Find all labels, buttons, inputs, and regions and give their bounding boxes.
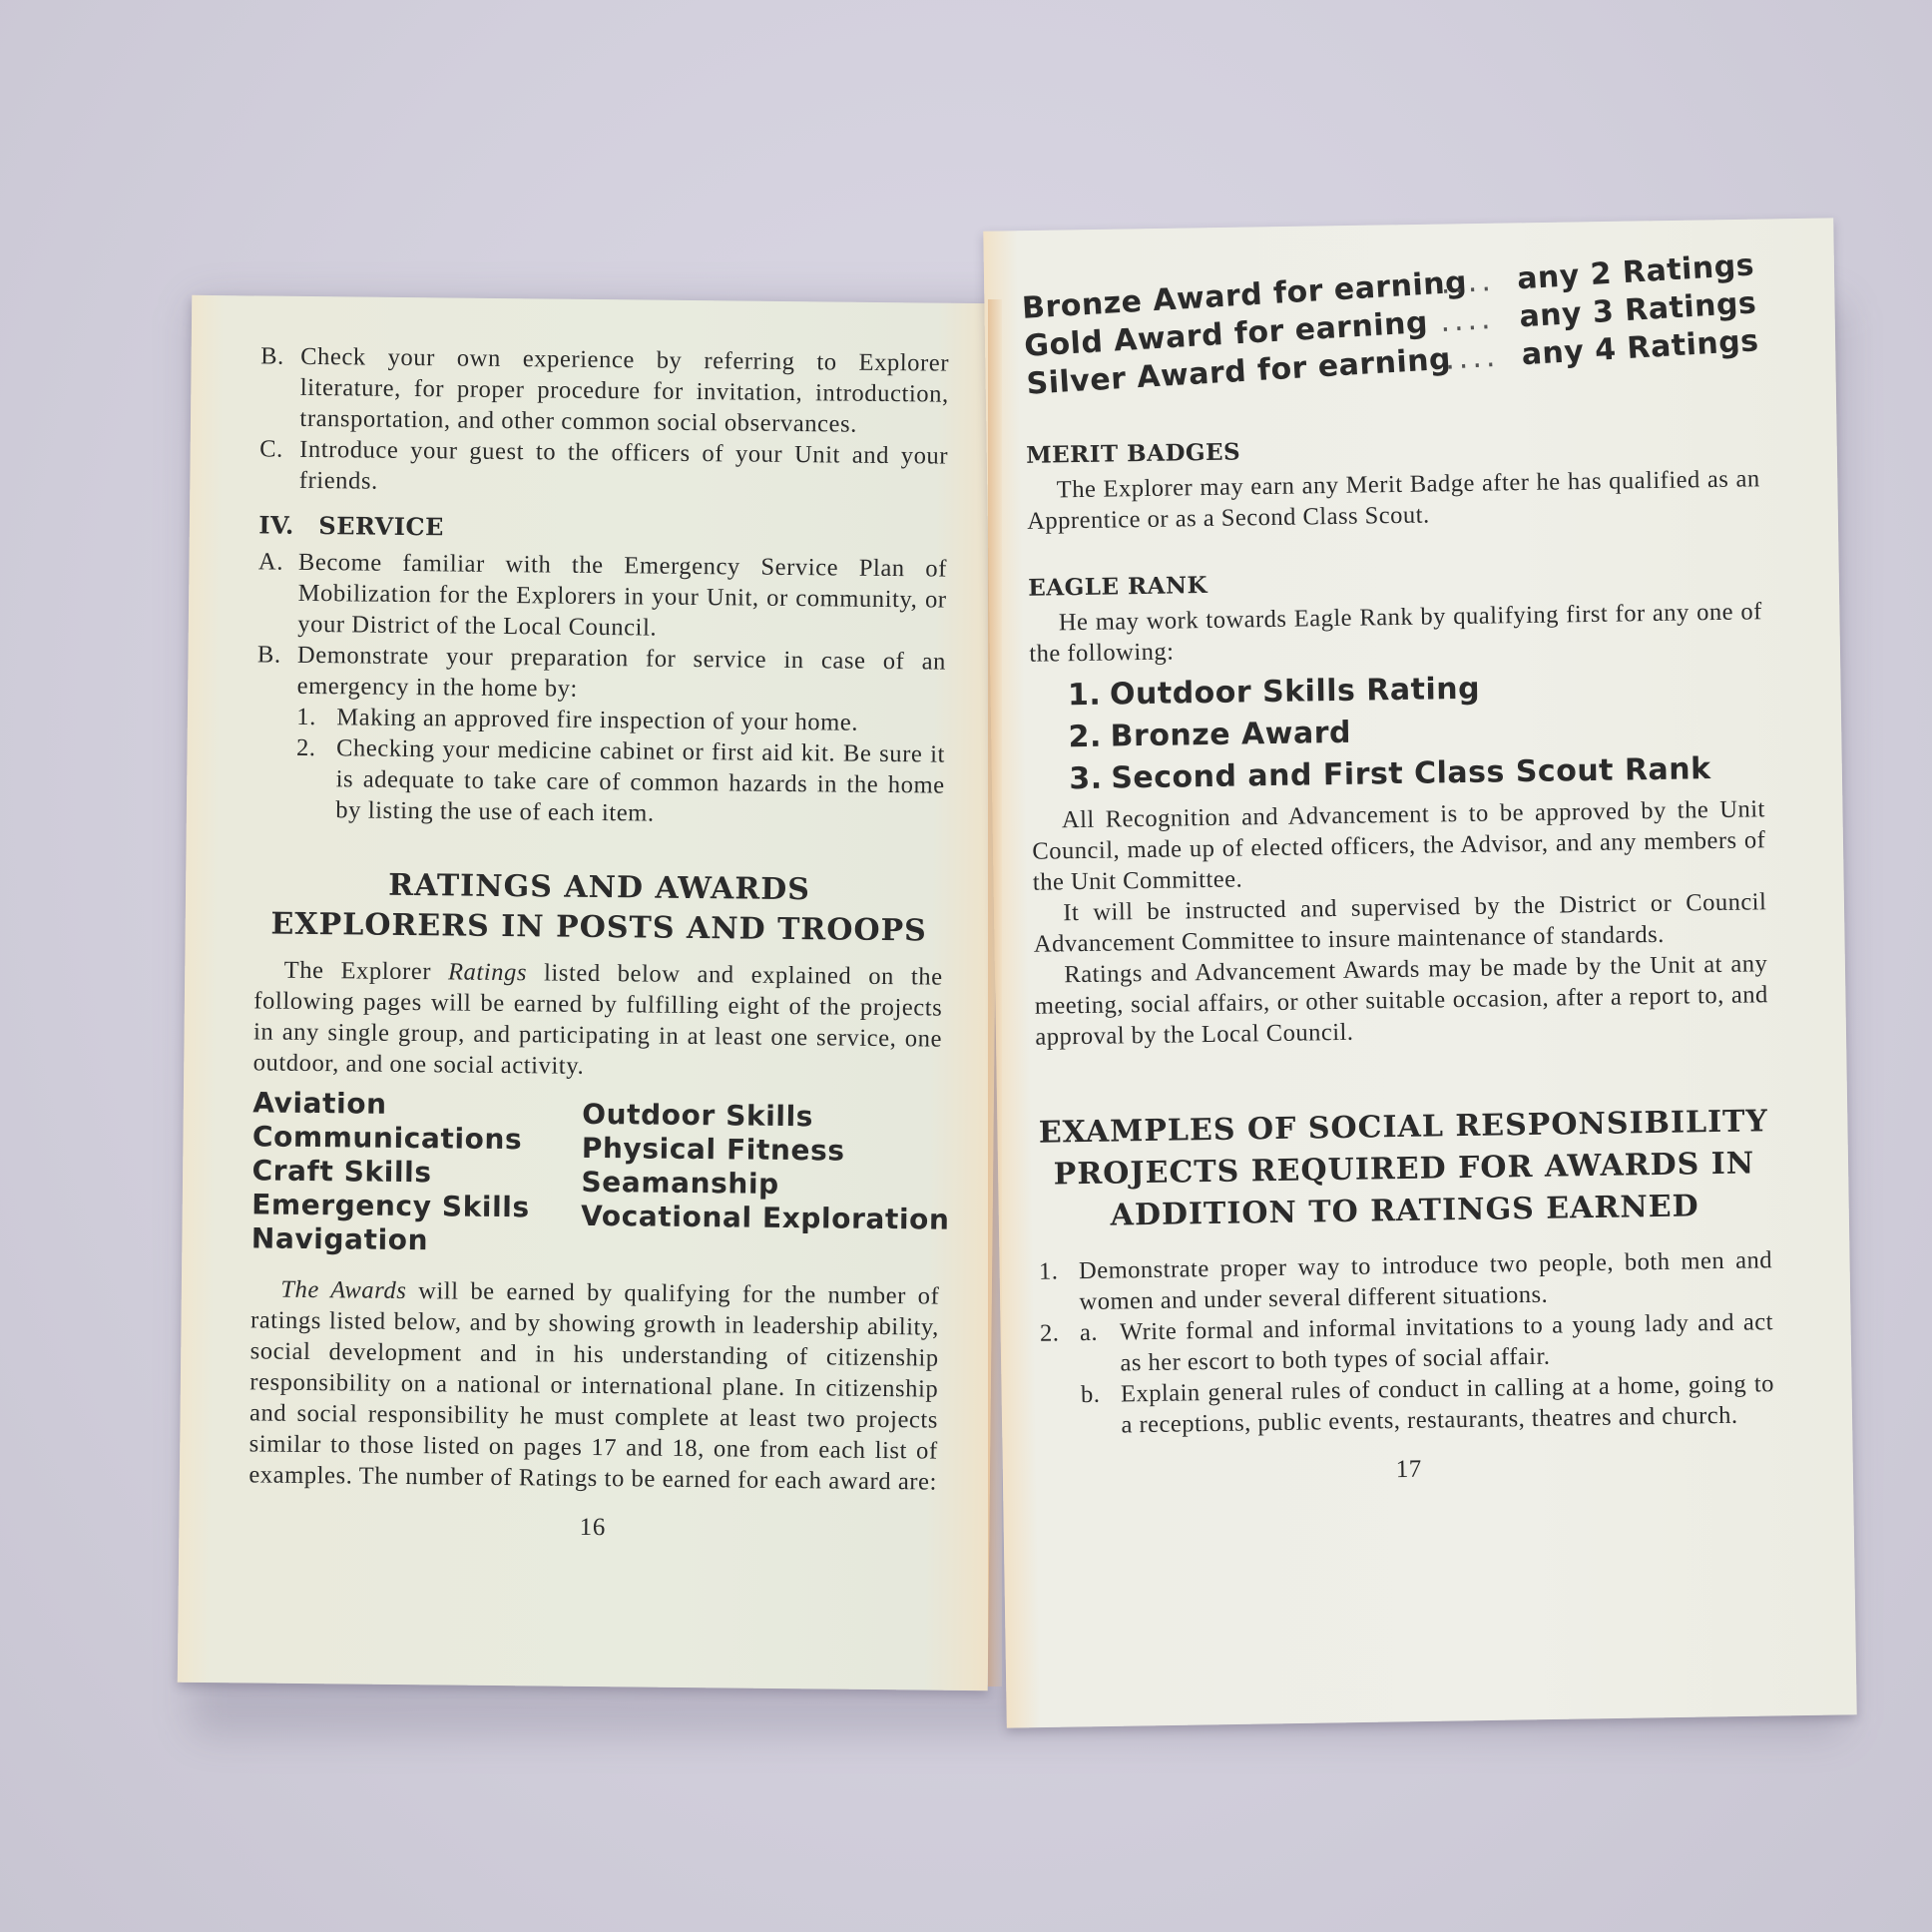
list-item: 2. a. Write formal and informal invitati… bbox=[1040, 1306, 1774, 1380]
rating-item: Physical Fitness bbox=[582, 1132, 941, 1170]
ratings-column-2: Outdoor SkillsPhysical FitnessSeamanship… bbox=[581, 1090, 942, 1263]
right-page-content: Bronze Award for earning....any 2 Rating… bbox=[1024, 278, 1776, 1490]
awards-ceremony-paragraph: Ratings and Advancement Awards may be ma… bbox=[1034, 948, 1768, 1053]
book-gutter bbox=[988, 299, 1002, 1687]
leader-dots: .... bbox=[1444, 336, 1523, 378]
list-item: 1. Demonstrate proper way to introduce t… bbox=[1039, 1244, 1773, 1318]
list-item: B. Demonstrate your preparation for serv… bbox=[257, 639, 947, 708]
section-heading: IV.SERVICE bbox=[258, 509, 947, 547]
rating-item: Seamanship bbox=[581, 1166, 940, 1204]
rating-item: Emergency Skills bbox=[251, 1188, 581, 1224]
social-responsibility-title: EXAMPLES OF SOCIAL RESPONSIBILITY PROJEC… bbox=[1037, 1101, 1772, 1238]
eagle-rank-text: He may work towards Eagle Rank by qualif… bbox=[1029, 596, 1763, 670]
rating-item: Outdoor Skills bbox=[582, 1098, 941, 1136]
rating-item: Navigation bbox=[251, 1221, 581, 1258]
list-item: A. Become familiar with the Emergency Se… bbox=[257, 546, 947, 646]
recognition-paragraph: All Recognition and Advancement is to be… bbox=[1032, 793, 1766, 898]
instruction-paragraph: It will be instructed and supervised by … bbox=[1033, 886, 1767, 960]
leader-dots: .... bbox=[1439, 298, 1521, 341]
list-item: B. Check your own experience by referrin… bbox=[259, 340, 949, 440]
merit-badges-text: The Explorer may earn any Merit Badge af… bbox=[1027, 463, 1761, 537]
ratings-intro: The Explorer Ratings listed below and ex… bbox=[253, 954, 943, 1085]
list-item: C. Introduce your guest to the officers … bbox=[259, 433, 949, 502]
sub-list-item: 2. Checking your medicine cabinet or fir… bbox=[255, 731, 945, 831]
awards-paragraph: The Awards will be earned by qualifying … bbox=[248, 1273, 939, 1497]
rating-item: Communications bbox=[252, 1120, 582, 1157]
rating-item: Craft Skills bbox=[251, 1154, 581, 1191]
sub-list-item: b. Explain general rules of conduct in c… bbox=[1041, 1368, 1775, 1442]
rating-item: Aviation bbox=[252, 1086, 582, 1123]
left-page-content: B. Check your own experience by referrin… bbox=[248, 340, 950, 1546]
eagle-rank-list: 1.Outdoor Skills Rating2.Bronze Award3.S… bbox=[1030, 664, 1765, 801]
rating-item: Vocational Exploration bbox=[581, 1200, 940, 1237]
ratings-awards-title: RATINGS AND AWARDS EXPLORERS IN POSTS AN… bbox=[254, 864, 944, 951]
leader-dots: .... bbox=[1439, 260, 1518, 302]
ratings-list: AviationCommunicationsCraft SkillsEmerge… bbox=[251, 1086, 942, 1262]
ratings-column-1: AviationCommunicationsCraft SkillsEmerge… bbox=[251, 1086, 583, 1258]
